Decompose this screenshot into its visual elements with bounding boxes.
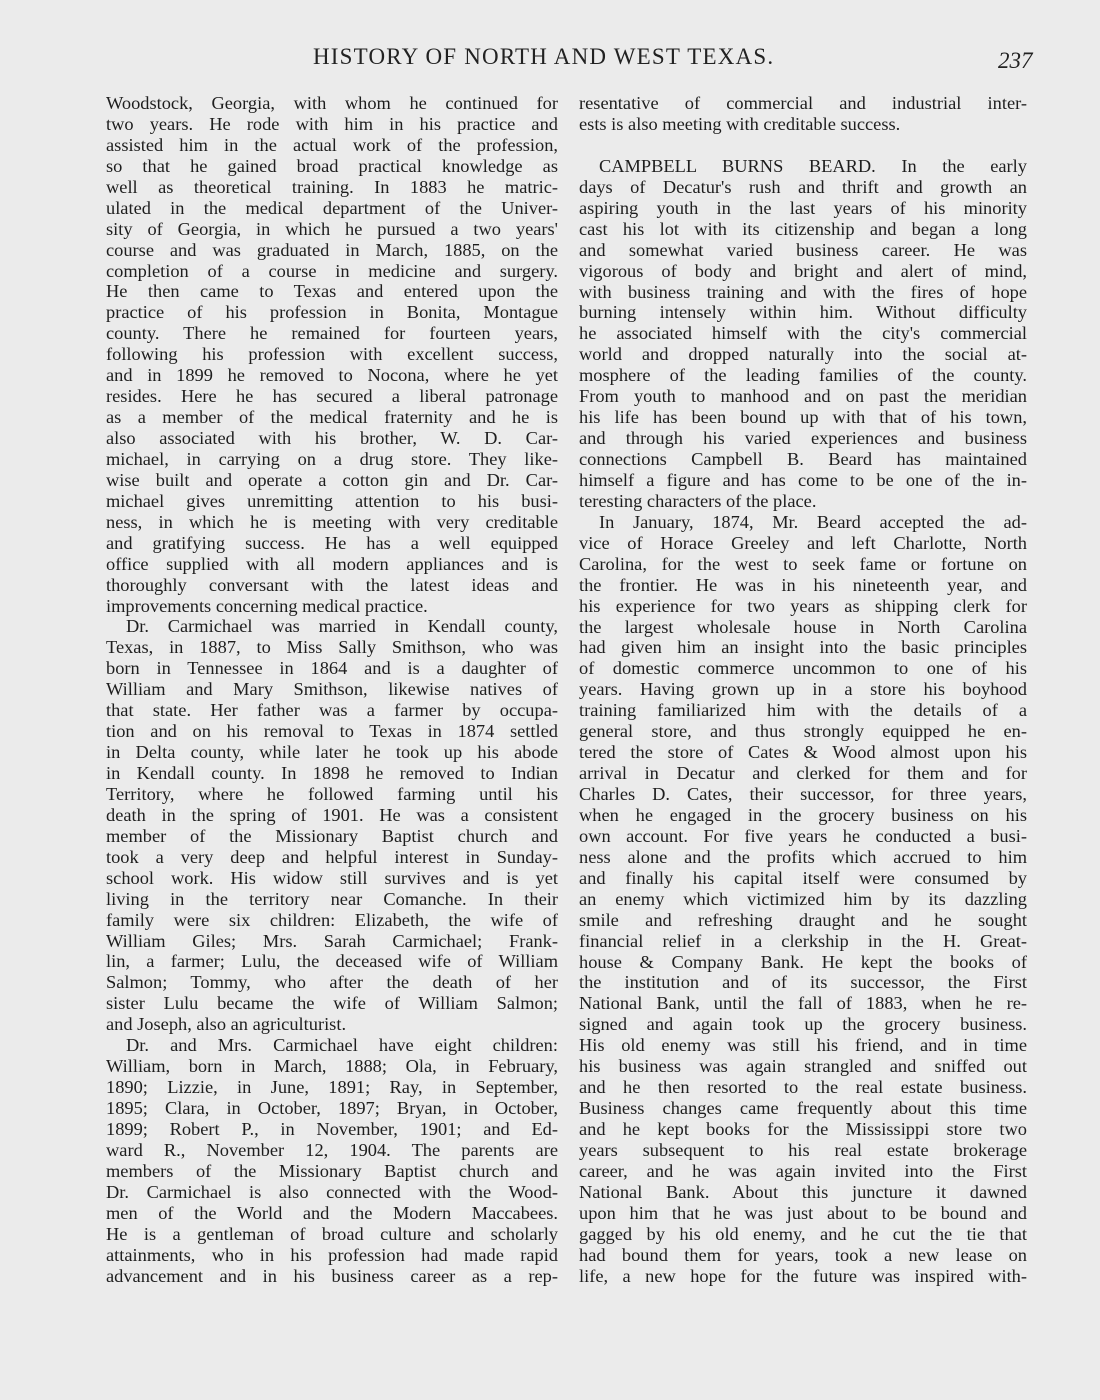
- text-line: own account. For five years he conducted…: [579, 826, 1027, 847]
- text-line: following his profession with excellent …: [106, 344, 558, 365]
- text-line: resides. Here he has secured a liberal p…: [106, 386, 558, 407]
- text-line: From youth to manhood and on past the me…: [579, 386, 1027, 407]
- text-line: tion and on his removal to Texas in 1874…: [106, 721, 558, 742]
- text-line: had bound them for years, took a new lea…: [579, 1245, 1027, 1266]
- text-line: house & Company Bank. He kept the books …: [579, 952, 1027, 973]
- text-line: completion of a course in medicine and s…: [106, 261, 558, 282]
- text-line: his life has been bound up with that of …: [579, 407, 1027, 428]
- text-line: with business training and with the fire…: [579, 282, 1027, 303]
- left-column: Woodstock, Georgia, with whom he continu…: [106, 93, 558, 1286]
- text-line: world and dropped naturally into the soc…: [579, 344, 1027, 365]
- text-line: took a very deep and helpful interest in…: [106, 847, 558, 868]
- text-line: 1890; Lizzie, in June, 1891; Ray, in Sep…: [106, 1077, 558, 1098]
- text-line: and Joseph, also an agriculturist.: [106, 1014, 558, 1035]
- text-line: wise built and operate a cotton gin and …: [106, 470, 558, 491]
- text-line: Territory, where he followed farming unt…: [106, 784, 558, 805]
- text-line: his business was again strangled and sni…: [579, 1056, 1027, 1077]
- text-line: Carolina, for the west to seek fame or f…: [579, 554, 1027, 575]
- text-line: thoroughly conversant with the latest id…: [106, 575, 558, 596]
- text-line: and in 1899 he removed to Nocona, where …: [106, 365, 558, 386]
- text-line: members of the Missionary Baptist church…: [106, 1161, 558, 1182]
- text-line: signed and again took up the grocery bus…: [579, 1014, 1027, 1035]
- text-line: ness, in which he is meeting with very c…: [106, 512, 558, 533]
- right-column: resentative of commercial and industrial…: [579, 93, 1027, 1287]
- text-line: two years. He rode with him in his pract…: [106, 114, 558, 135]
- text-line: financial relief in a clerkship in the H…: [579, 931, 1027, 952]
- text-line: sister Lulu became the wife of William S…: [106, 993, 558, 1014]
- text-line: himself a figure and has come to be one …: [579, 470, 1027, 491]
- text-line: had given him an insight into the basic …: [579, 637, 1027, 658]
- page-header: HISTORY OF NORTH AND WEST TEXAS. 237: [0, 44, 1100, 84]
- text-line: ests is also meeting with creditable suc…: [579, 114, 1027, 135]
- text-line: years. Having grown up in a store his bo…: [579, 679, 1027, 700]
- text-line: and finally his capital itself were cons…: [579, 868, 1027, 889]
- text-line: practice of his profession in Bonita, Mo…: [106, 302, 558, 323]
- text-line: his experience for two years as shipping…: [579, 596, 1027, 617]
- text-line: and he then resorted to the real estate …: [579, 1077, 1027, 1098]
- text-line: William and Mary Smithson, likewise nati…: [106, 679, 558, 700]
- text-line: school work. His widow still survives an…: [106, 868, 558, 889]
- text-line: men of the World and the Modern Maccabee…: [106, 1203, 558, 1224]
- text-line: and gratifying success. He has a well eq…: [106, 533, 558, 554]
- section-heading-line: CAMPBELL BURNS BEARD. In the early: [579, 156, 1027, 177]
- text-line: years subsequent to his real estate brok…: [579, 1140, 1027, 1161]
- text-line: and somewhat varied business career. He …: [579, 240, 1027, 261]
- text-line: 1895; Clara, in October, 1897; Bryan, in…: [106, 1098, 558, 1119]
- text-line: vice of Horace Greeley and left Charlott…: [579, 533, 1027, 554]
- text-line: William, born in March, 1888; Ola, in Fe…: [106, 1056, 558, 1077]
- text-line: Dr. Carmichael is also connected with th…: [106, 1182, 558, 1203]
- text-line: days of Decatur's rush and thrift and gr…: [579, 177, 1027, 198]
- text-line: family were six children: Elizabeth, the…: [106, 910, 558, 931]
- text-line: William Giles; Mrs. Sarah Carmichael; Fr…: [106, 931, 558, 952]
- text-line: general store, and thus strongly equippe…: [579, 721, 1027, 742]
- text-line: Dr. Carmichael was married in Kendall co…: [106, 616, 558, 637]
- text-line: Charles D. Cates, their successor, for t…: [579, 784, 1027, 805]
- text-line: training familiarized him with the detai…: [579, 700, 1027, 721]
- text-line: tered the store of Cates & Wood almost u…: [579, 742, 1027, 763]
- text-line: well as theoretical training. In 1883 he…: [106, 177, 558, 198]
- text-line: course and was graduated in March, 1885,…: [106, 240, 558, 261]
- text-line: that state. Her father was a farmer by o…: [106, 700, 558, 721]
- text-line: 1899; Robert P., in November, 1901; and …: [106, 1119, 558, 1140]
- text-line: member of the Missionary Baptist church …: [106, 826, 558, 847]
- text-line: michael gives unremitting attention to h…: [106, 491, 558, 512]
- text-line: so that he gained broad practical knowle…: [106, 156, 558, 177]
- text-line: assisted him in the actual work of the p…: [106, 135, 558, 156]
- running-title: HISTORY OF NORTH AND WEST TEXAS.: [313, 44, 774, 70]
- text-line: aspiring youth in the last years of his …: [579, 198, 1027, 219]
- text-line: born in Tennessee in 1864 and is a daugh…: [106, 658, 558, 679]
- text-line: also associated with his brother, W. D. …: [106, 428, 558, 449]
- text-line: vigorous of body and bright and alert of…: [579, 261, 1027, 282]
- text-line: the frontier. He was in his nineteenth y…: [579, 575, 1027, 596]
- text-line: in Kendall county. In 1898 he removed to…: [106, 763, 558, 784]
- text-line: arrival in Decatur and clerked for them …: [579, 763, 1027, 784]
- page-number: 237: [998, 48, 1033, 74]
- text-line: the largest wholesale house in North Car…: [579, 617, 1027, 638]
- text-line: as a member of the medical fraternity an…: [106, 407, 558, 428]
- text-line: and through his varied experiences and b…: [579, 428, 1027, 449]
- text-line: teresting characters of the place.: [579, 491, 1027, 512]
- text-line: ulated in the medical department of the …: [106, 198, 558, 219]
- text-line: ness alone and the profits which accrued…: [579, 847, 1027, 868]
- text-line: ward R., November 12, 1904. The parents …: [106, 1140, 558, 1161]
- text-line: advancement and in his business career a…: [106, 1266, 558, 1287]
- text-line: county. There he remained for fourteen y…: [106, 323, 558, 344]
- text-line: the institution and of its successor, th…: [579, 972, 1027, 993]
- text-line: michael, in carrying on a drug store. Th…: [106, 449, 558, 470]
- text-line: Woodstock, Georgia, with whom he continu…: [106, 93, 558, 114]
- text-line: attainments, who in his profession had m…: [106, 1245, 558, 1266]
- text-line: connections Campbell B. Beard has mainta…: [579, 449, 1027, 470]
- text-line: an enemy which victimized him by its daz…: [579, 889, 1027, 910]
- text-line: Salmon; Tommy, who after the death of he…: [106, 972, 558, 993]
- text-line: office supplied with all modern applianc…: [106, 554, 558, 575]
- text-line: Texas, in 1887, to Miss Sally Smithson, …: [106, 637, 558, 658]
- text-line: National Bank. About this juncture it da…: [579, 1182, 1027, 1203]
- text-line: National Bank, until the fall of 1883, w…: [579, 993, 1027, 1014]
- text-line: sity of Georgia, in which he pursued a t…: [106, 219, 558, 240]
- text-line: he associated himself with the city's co…: [579, 323, 1027, 344]
- text-line: He then came to Texas and entered upon t…: [106, 281, 558, 302]
- text-line: in Delta county, while later he took up …: [106, 742, 558, 763]
- text-line: Dr. and Mrs. Carmichael have eight child…: [106, 1035, 558, 1056]
- text-line: His old enemy was still his friend, and …: [579, 1035, 1027, 1056]
- text-line: career, and he was again invited into th…: [579, 1161, 1027, 1182]
- text-line: resentative of commercial and industrial…: [579, 93, 1027, 114]
- text-line: living in the territory near Comanche. I…: [106, 889, 558, 910]
- text-line: of domestic commerce uncommon to one of …: [579, 658, 1027, 679]
- text-line: and he kept books for the Mississippi st…: [579, 1119, 1027, 1140]
- text-line: when he engaged in the grocery business …: [579, 805, 1027, 826]
- text-line: gagged by his old enemy, and he cut the …: [579, 1224, 1027, 1245]
- text-line: lin, a farmer; Lulu, the deceased wife o…: [106, 951, 558, 972]
- text-line: He is a gentleman of broad culture and s…: [106, 1224, 558, 1245]
- text-line: upon him that he was just about to be bo…: [579, 1203, 1027, 1224]
- text-line: life, a new hope for the future was insp…: [579, 1266, 1027, 1287]
- text-line: cast his lot with its citizenship and be…: [579, 219, 1027, 240]
- text-line: In January, 1874, Mr. Beard accepted the…: [579, 512, 1027, 533]
- section-gap: [579, 135, 1027, 156]
- text-line: mosphere of the leading families of the …: [579, 365, 1027, 386]
- text-line: Business changes came frequently about t…: [579, 1098, 1027, 1119]
- text-line: improvements concerning medical practice…: [106, 596, 558, 617]
- text-line: smile and refreshing draught and he soug…: [579, 910, 1027, 931]
- text-line: death in the spring of 1901. He was a co…: [106, 805, 558, 826]
- text-line: burning intensely within him. Without di…: [579, 302, 1027, 323]
